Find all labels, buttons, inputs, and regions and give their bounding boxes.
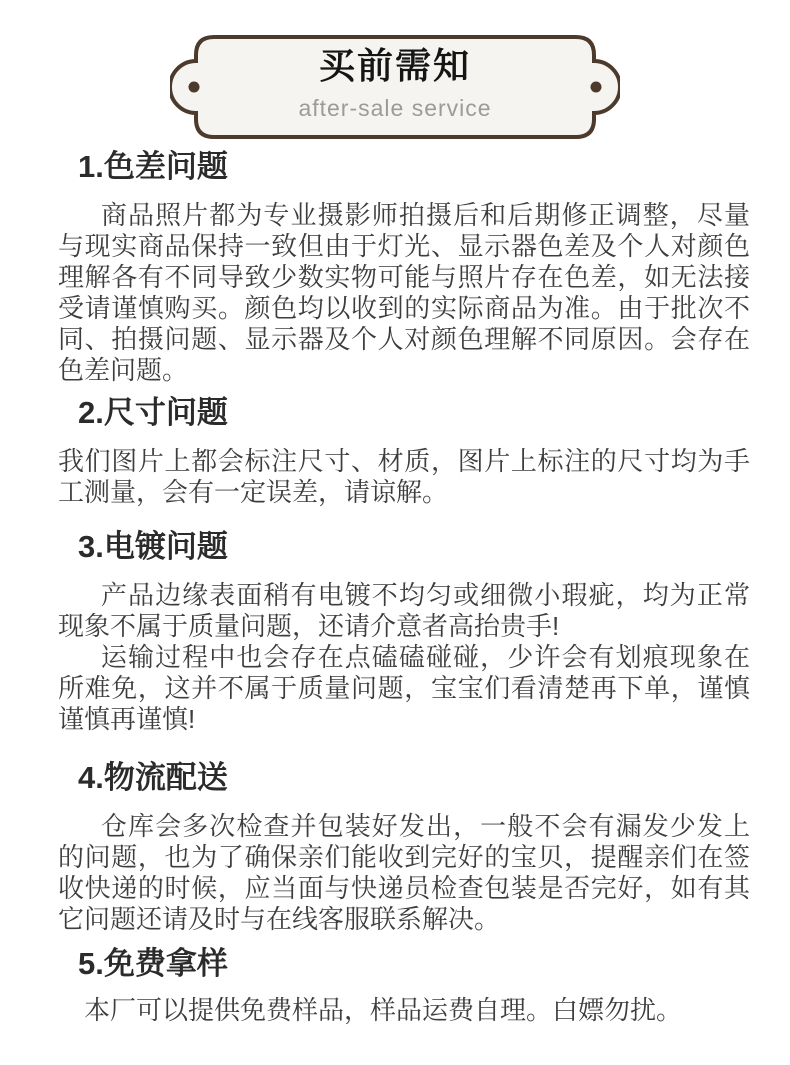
section-title-size: 2.尺寸问题 bbox=[78, 396, 750, 430]
notice-banner: 买前需知 after-sale service bbox=[170, 34, 620, 140]
banner-text: 买前需知 after-sale service bbox=[170, 34, 620, 140]
banner-title: 买前需知 bbox=[319, 44, 471, 88]
section-color-difference: 1.色差问题 商品照片都为专业摄影师拍摄后和后期修正调整，尽量与现实商品保持一致… bbox=[58, 150, 750, 386]
notice-content: 1.色差问题 商品照片都为专业摄影师拍摄后和后期修正调整，尽量与现实商品保持一致… bbox=[0, 150, 790, 1026]
section-title-free-sample: 5.免费拿样 bbox=[78, 947, 750, 981]
section-text-logistics: 仓库会多次检查并包装好发出，一般不会有漏发少发上的问题，也为了确保亲们能收到完好… bbox=[58, 811, 750, 935]
section-text-free-sample: 本厂可以提供免费样品，样品运费自理。白嫖勿扰。 bbox=[58, 995, 750, 1026]
section-free-sample: 5.免费拿样 本厂可以提供免费样品，样品运费自理。白嫖勿扰。 bbox=[58, 947, 750, 1026]
banner-subtitle: after-sale service bbox=[298, 94, 491, 122]
section-title-electroplating: 3.电镀问题 bbox=[78, 530, 750, 564]
section-text-electroplating-2: 运输过程中也会存在点磕磕碰碰，少许会有划痕现象在所难免，这并不属于质量问题，宝宝… bbox=[58, 642, 750, 735]
section-logistics: 4.物流配送 仓库会多次检查并包装好发出，一般不会有漏发少发上的问题，也为了确保… bbox=[58, 761, 750, 935]
section-size: 2.尺寸问题 我们图片上都会标注尺寸、材质，图片上标注的尺寸均为手工测量，会有一… bbox=[58, 396, 750, 508]
section-text-electroplating-1: 产品边缘表面稍有电镀不均匀或细微小瑕疵，均为正常现象不属于质量问题，还请介意者高… bbox=[58, 580, 750, 642]
section-title-logistics: 4.物流配送 bbox=[78, 761, 750, 795]
section-text-color-difference: 商品照片都为专业摄影师拍摄后和后期修正调整，尽量与现实商品保持一致但由于灯光、显… bbox=[58, 200, 750, 386]
section-electroplating: 3.电镀问题 产品边缘表面稍有电镀不均匀或细微小瑕疵，均为正常现象不属于质量问题… bbox=[58, 530, 750, 735]
section-title-color-difference: 1.色差问题 bbox=[78, 150, 750, 184]
section-text-size: 我们图片上都会标注尺寸、材质，图片上标注的尺寸均为手工测量，会有一定误差，请谅解… bbox=[58, 446, 750, 508]
